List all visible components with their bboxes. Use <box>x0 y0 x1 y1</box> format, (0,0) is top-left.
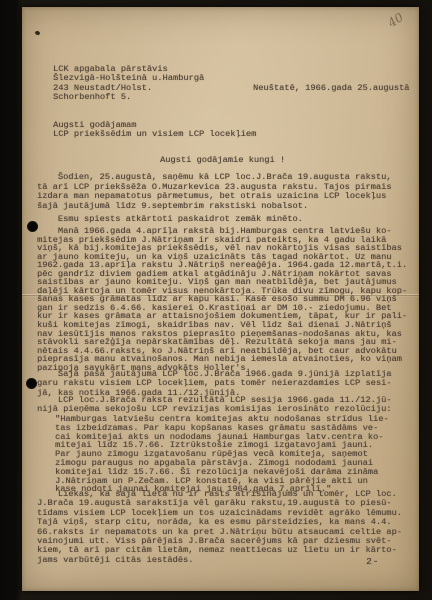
salutation: Augsti godājamie kungi ! <box>160 155 285 165</box>
paragraph-2: Esmu spiests atkārtoti paskaidrot zemāk … <box>37 215 303 225</box>
scanned-letter: 40 LCK apgabala pārstāvisŠlezvigā-Holšte… <box>0 0 432 600</box>
dateline: Neuštatē, 1966.gada 25.augustā <box>253 84 409 93</box>
resolution-quote: "Hamburgas latviešu centra komitejas akt… <box>55 415 389 494</box>
recipient-address: Augsti godājamamLCP priekšsēdim un visie… <box>53 121 256 140</box>
ink-speck <box>34 30 40 35</box>
text-line: LCP priekšsēdim un visiem LCP locekļiem <box>53 130 256 139</box>
text-line: Schorbenhoft 5. <box>53 93 204 102</box>
punch-hole-bottom <box>26 378 37 389</box>
paragraph-5: LCP loc.J.Brača raksta rezultātā LCP ses… <box>37 396 392 415</box>
paragraph-1: Šodien, 25.augustā, saņēmu kā LCP loc.J.… <box>37 173 392 212</box>
paragraph-3: Manā 1966.gada 4.aprīļa rakstā bij.Hambu… <box>37 227 407 372</box>
paragraph-6: Liekas, ka šajā lietā nu ir rasts atrisi… <box>37 490 402 565</box>
text-line: šajā jautājumā līdz 9.septembrim rakstis… <box>37 202 392 212</box>
text-line: jams varbūtēji citās iestādēs. <box>37 556 402 565</box>
paragraph-4: Šajā pašā jautājumā LCP loc.J.Brača 1966… <box>37 370 392 398</box>
sender-address: LCK apgabala pārstāvisŠlezvigā-Holšteinā… <box>53 65 204 103</box>
text-line: Esmu spiests atkārtoti paskaidrot zemāk … <box>37 215 303 225</box>
letter-page: 40 LCK apgabala pārstāvisŠlezvigā-Holšte… <box>22 7 419 591</box>
page-continuation-marker: 2- <box>366 556 379 567</box>
pencil-page-number: 40 <box>385 10 405 30</box>
